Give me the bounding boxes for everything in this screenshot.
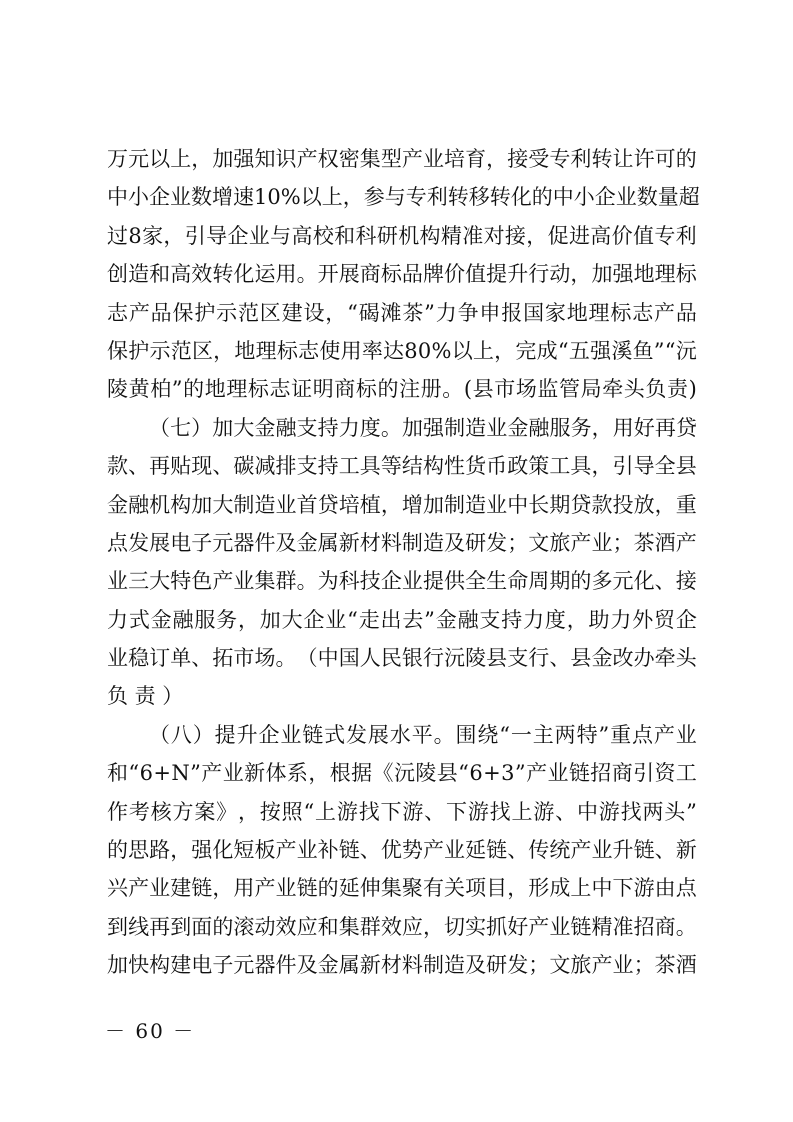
text-line: 陵黄柏”的地理标志证明商标的注册。(县市场监管局牵头负责) (107, 370, 697, 408)
text-line: 业三大特色产业集群。为科技企业提供全生命周期的多元化、接 (107, 562, 697, 600)
text-line: 款、再贴现、碳减排支持工具等结构性货币政策工具，引导全县 (107, 447, 697, 485)
text-line: 万元以上，加强知识产权密集型产业培育，接受专利转让许可的 (107, 140, 697, 178)
page-number: － 60 － (105, 1015, 195, 1044)
text-line: 的思路，强化短板产业补链、优势产业延链、传统产业升链、新 (107, 831, 697, 869)
body-text: 万元以上，加强知识产权密集型产业培育，接受专利转让许可的 中小企业数增速10%以… (107, 140, 697, 985)
text-line: 创造和高效转化运用。开展商标品牌价值提升行动，加强地理标 (107, 255, 697, 293)
text-line: 过8家，引导企业与高校和科研机构精准对接，促进高价值专利 (107, 217, 697, 255)
text-line: 保护示范区，地理标志使用率达80%以上，完成“五强溪鱼”“沅 (107, 332, 697, 370)
document-page: 万元以上，加强知识产权密集型产业培育，接受专利转让许可的 中小企业数增速10%以… (0, 0, 793, 1122)
text-line: 力式金融服务，加大企业“走出去”金融支持力度，助力外贸企 (107, 601, 697, 639)
text-line: 和“6+N”产业新体系，根据《沅陵县“6+3”产业链招商引资工 (107, 754, 697, 792)
section-heading-line: （八）提升企业链式发展水平。围绕“一主两特”重点产业 (107, 716, 697, 754)
text-line: 金融机构加大制造业首贷培植，增加制造业中长期贷款投放，重 (107, 486, 697, 524)
text-line: 加快构建电子元器件及金属新材料制造及研发；文旅产业；茶酒 (107, 946, 697, 984)
text-line: 点发展电子元器件及金属新材料制造及研发；文旅产业；茶酒产 (107, 524, 697, 562)
text-line: 到线再到面的滚动效应和集群效应，切实抓好产业链精准招商。 (107, 908, 697, 946)
text-line: 志产品保护示范区建设，“碣滩茶”力争申报国家地理标志产品 (107, 294, 697, 332)
text-line: 业稳订单、拓市场。（中国人民银行沅陵县支行、县金改办牵头 (107, 639, 697, 677)
text-line: 中小企业数增速10%以上，参与专利转移转化的中小企业数量超 (107, 178, 697, 216)
section-heading-line: （七）加大金融支持力度。加强制造业金融服务，用好再贷 (107, 409, 697, 447)
text-line: 兴产业建链，用产业链的延伸集聚有关项目，形成上中下游由点 (107, 869, 697, 907)
text-line: 负责） (107, 677, 697, 715)
text-line: 作考核方案》，按照“上游找下游、下游找上游、中游找两头” (107, 793, 697, 831)
